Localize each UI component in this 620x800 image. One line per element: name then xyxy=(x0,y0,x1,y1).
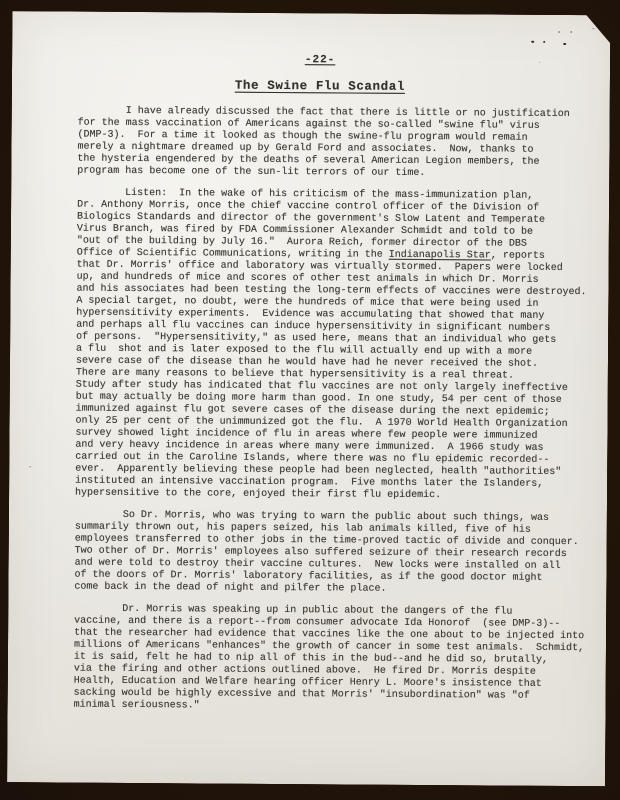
typewritten-content: -22- The Swine Flu Scandal I have alread… xyxy=(8,11,611,715)
photo-backdrop: -22- The Swine Flu Scandal I have alread… xyxy=(0,0,620,800)
document-title: The Swine Flu Scandal xyxy=(235,80,405,93)
document-page: -22- The Swine Flu Scandal I have alread… xyxy=(7,11,610,786)
paragraph-text: , reports that Dr. Morris' office and la… xyxy=(75,250,587,501)
page-number: -22- xyxy=(305,54,335,66)
paragraph-cancer-report: Dr. Morris was speaking up in public abo… xyxy=(74,604,595,716)
title-row: The Swine Flu Scandal xyxy=(60,65,580,96)
paragraph-divide-and-conquer: So Dr. Morris, who was trying to warn th… xyxy=(74,510,595,598)
paragraph-morris-firing: Listen: In the wake of his criticism of … xyxy=(75,188,597,504)
paragraph-intro: I have already discussed the fact that t… xyxy=(77,106,597,182)
newspaper-name: Indianapolis Star xyxy=(389,250,491,262)
